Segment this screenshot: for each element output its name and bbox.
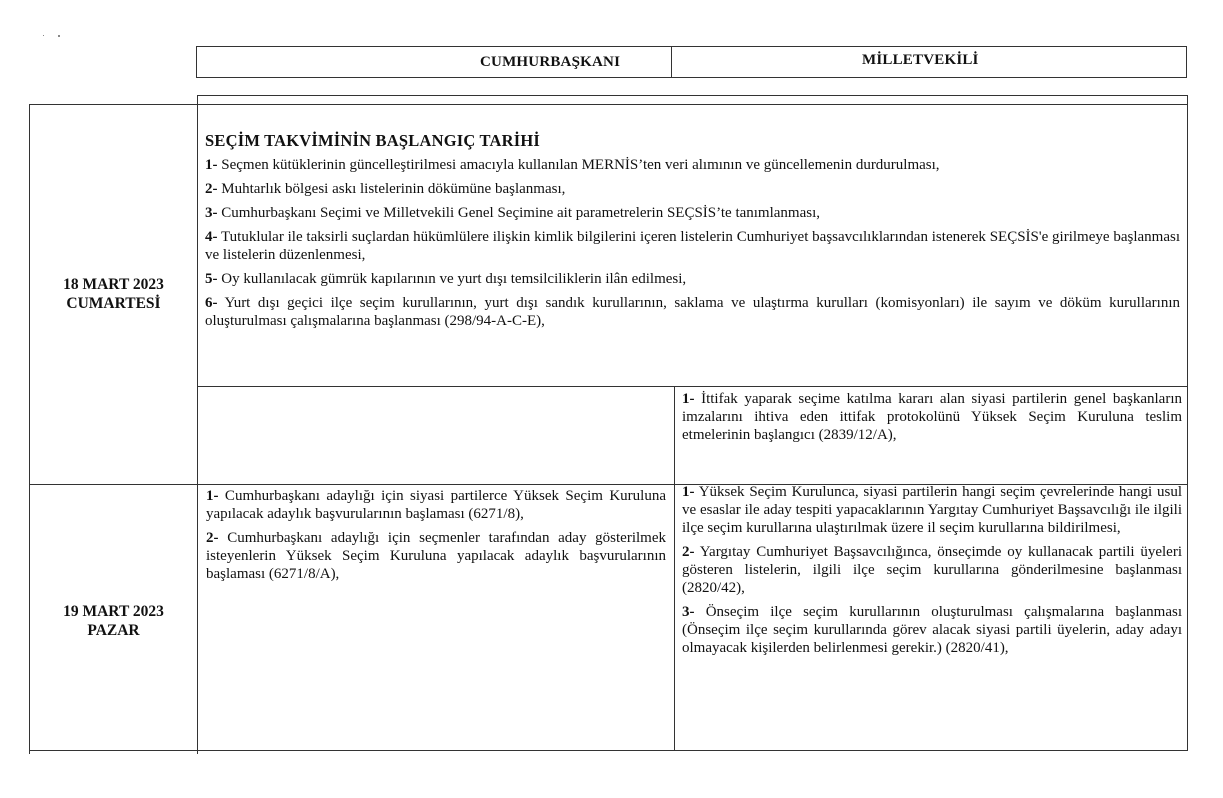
scan-speck [43, 35, 44, 36]
list-item: 6- Yurt dışı geçici ilçe seçim kurulları… [205, 294, 1180, 330]
list-item: 1- Cumhurbaşkanı adaylığı için siyasi pa… [206, 487, 666, 523]
list-item: 1- Yüksek Seçim Kurulunca, siyasi partil… [682, 483, 1182, 537]
scan-speck [58, 35, 60, 37]
list-item: 4- Tutuklular ile taksirli suçlardan hük… [205, 228, 1180, 264]
list-item: 3- Önseçim ilçe seçim kurullarının oluşt… [682, 603, 1182, 657]
list-item: 2- Muhtarlık bölgesi askı listelerinin d… [205, 180, 1180, 198]
date-cell-18-march: 18 MART 2023 CUMARTESİ [30, 275, 197, 313]
header-parliament: MİLLETVEKİLİ [862, 52, 979, 69]
list-item: 3- Cumhurbaşkanı Seçimi ve Milletvekili … [205, 204, 1180, 222]
list-item: 5- Oy kullanılacak gümrük kapılarının ve… [205, 270, 1180, 288]
common-content-18-march: SEÇİM TAKVİMİNİN BAŞLANGIÇ TARİHİ 1- Seç… [205, 131, 1180, 336]
day-label: PAZAR [30, 621, 197, 640]
date-cell-19-march: 19 MART 2023 PAZAR [30, 602, 197, 640]
day-label: CUMARTESİ [30, 294, 197, 313]
parliament-cell-19-march: 1- Yüksek Seçim Kurulunca, siyasi partil… [682, 483, 1182, 663]
list-item: 2- Yargıtay Cumhuriyet Başsavcılığınca, … [682, 543, 1182, 597]
section-title: SEÇİM TAKVİMİNİN BAŞLANGIÇ TARİHİ [205, 131, 1180, 151]
list-item: 1- İttifak yaparak seçime katılma kararı… [682, 390, 1182, 444]
president-cell-19-march: 1- Cumhurbaşkanı adaylığı için siyasi pa… [206, 487, 666, 589]
date-label: 18 MART 2023 [30, 275, 197, 294]
parliament-cell-18-march: 1- İttifak yaparak seçime katılma kararı… [682, 390, 1182, 450]
list-item: 2- Cumhurbaşkanı adaylığı için seçmenler… [206, 529, 666, 583]
date-label: 19 MART 2023 [30, 602, 197, 621]
list-item: 1- Seçmen kütüklerinin güncelleştirilmes… [205, 156, 1180, 174]
header-president: CUMHURBAŞKANI [480, 54, 620, 71]
